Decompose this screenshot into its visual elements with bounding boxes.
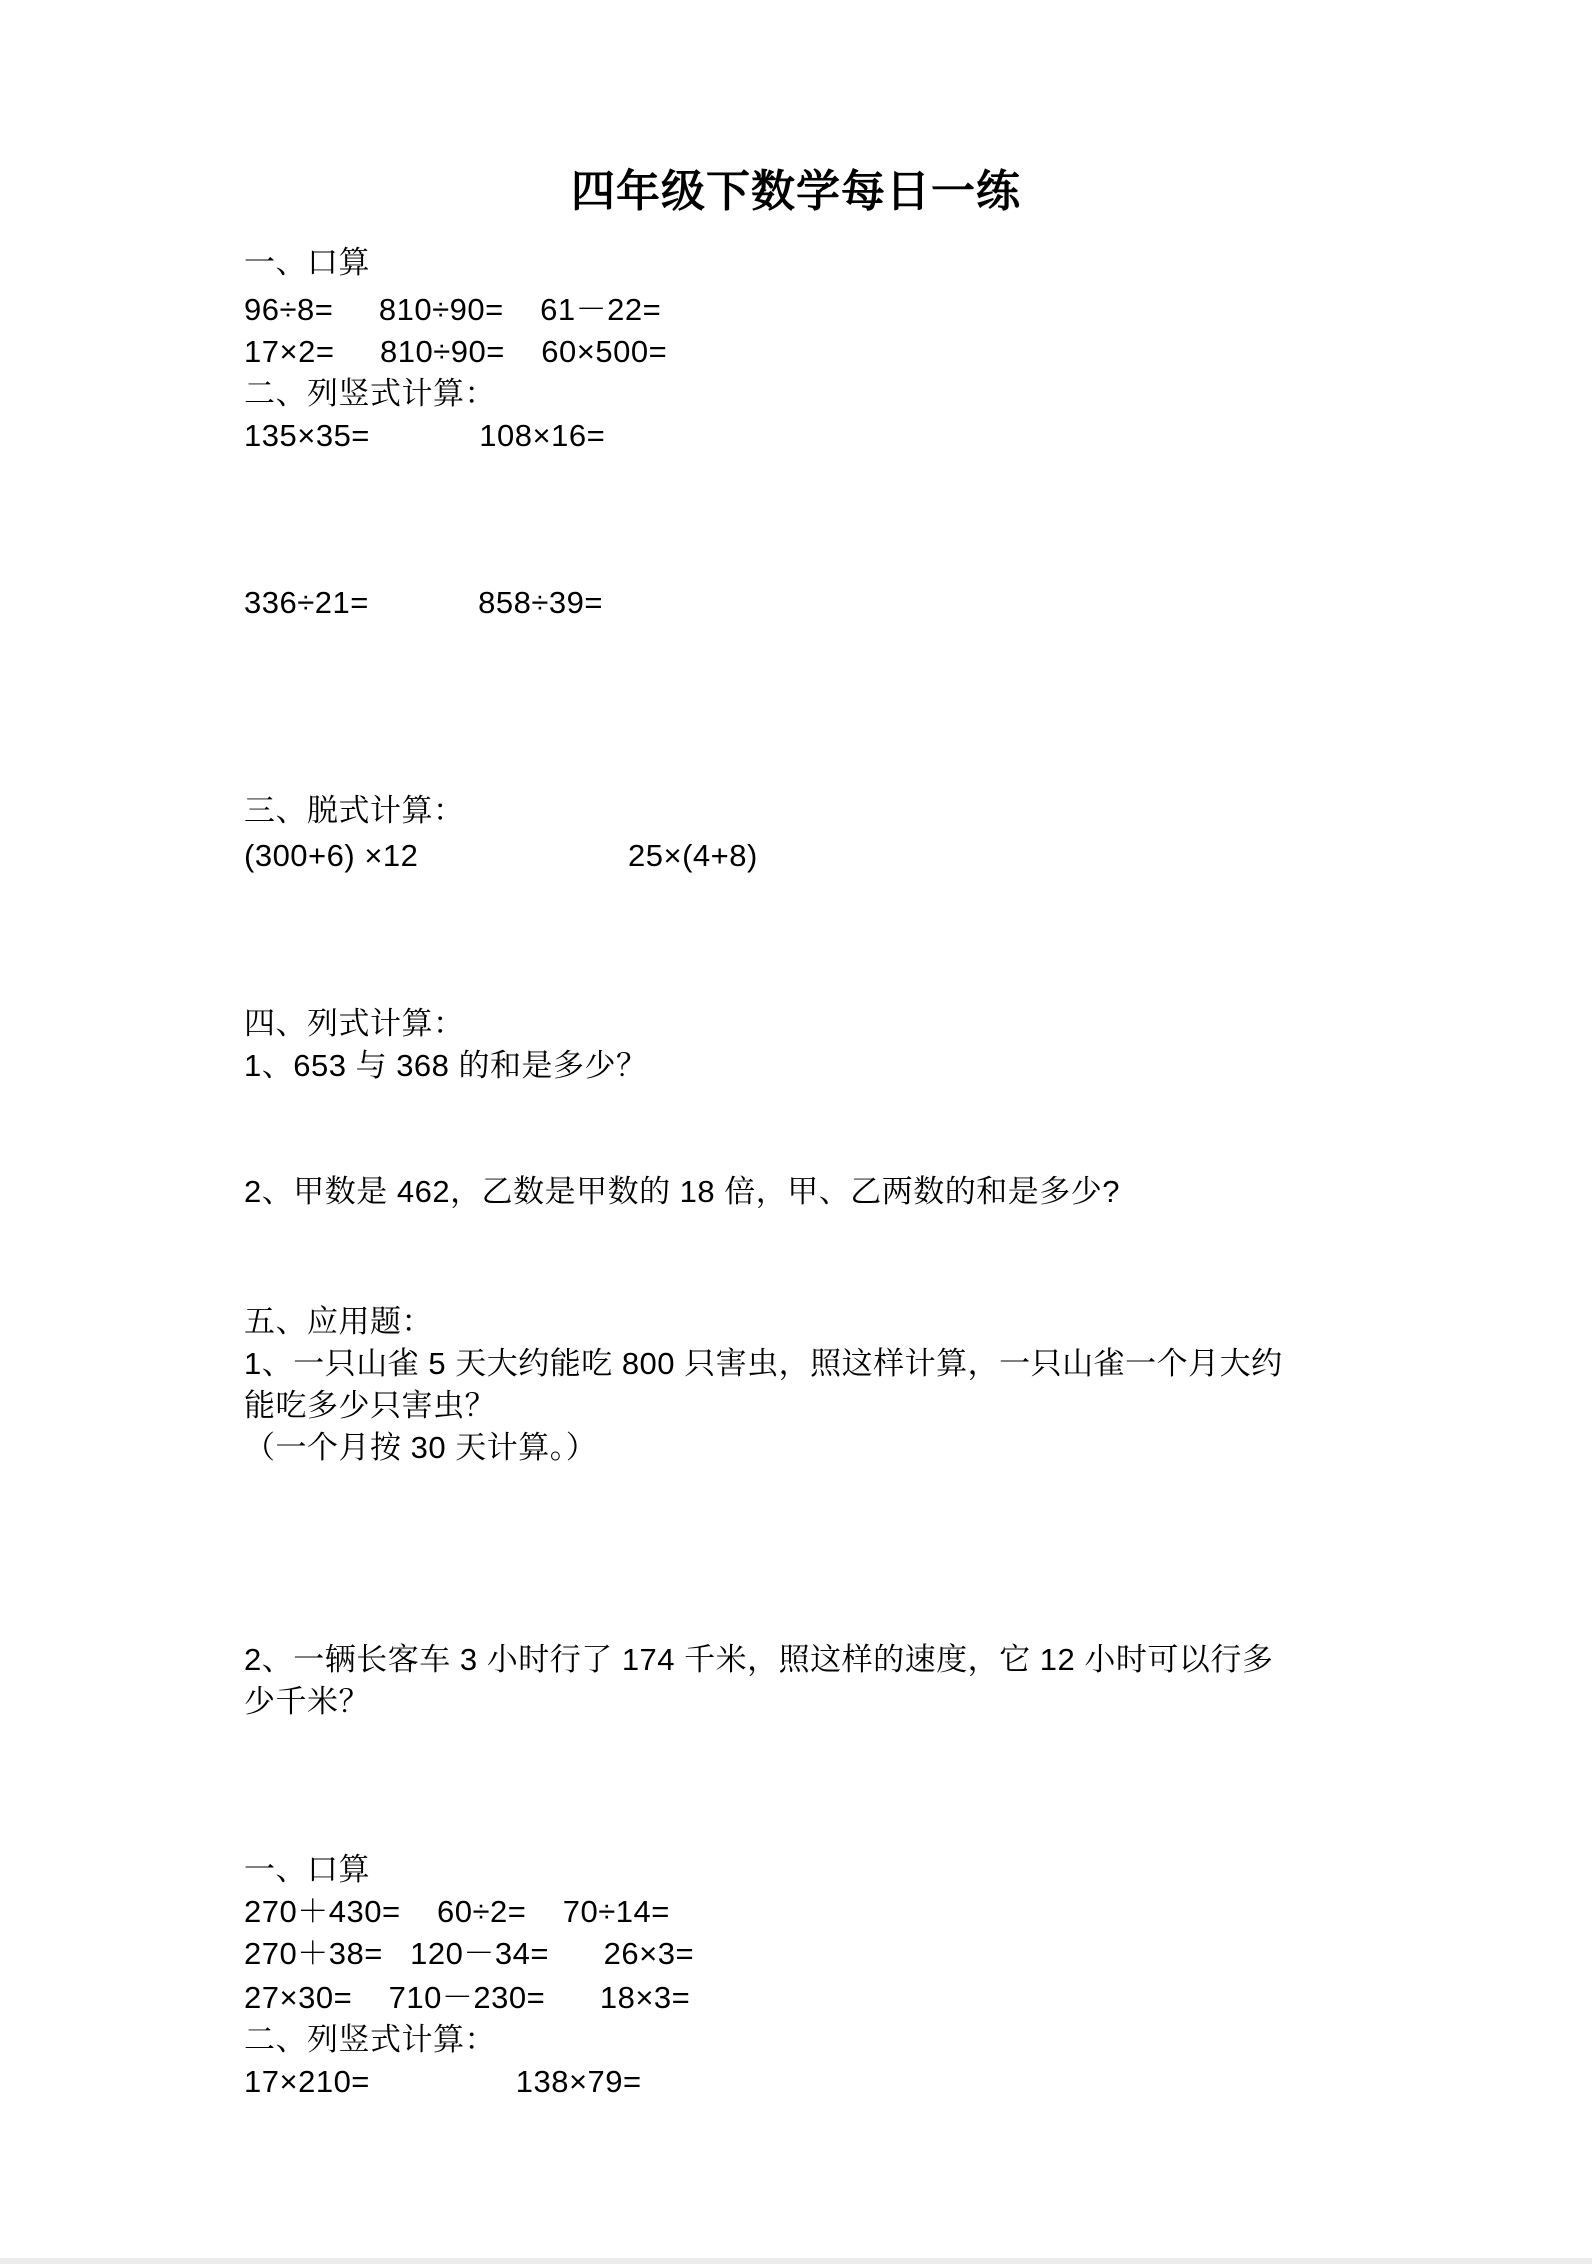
worksheet-line: 1、653 与 368 的和是多少？: [244, 1045, 1292, 1087]
worksheet-title: 四年级下数学每日一练: [0, 168, 1592, 216]
worksheet-line: 135×35= 108×16=: [244, 415, 1292, 457]
worksheet-line: 336÷21= 858÷39=: [244, 582, 1292, 624]
worksheet-line: 2、甲数是 462，乙数是甲数的 18 倍，甲、乙两数的和是多少?: [244, 1171, 1292, 1213]
worksheet-line: 2、一辆长客车 3 小时行了 174 千米，照这样的速度，它 12 小时可以行多…: [244, 1639, 1292, 1723]
worksheet-line: 五、应用题：: [244, 1301, 1292, 1343]
worksheet-line: 270＋430= 60÷2= 70÷14=: [244, 1891, 1292, 1933]
worksheet-line: 三、脱式计算：: [244, 790, 1292, 832]
worksheet-line: 四、列式计算：: [244, 1003, 1292, 1045]
worksheet-line: 二、列竖式计算：: [244, 373, 1292, 415]
page-bottom-edge: [0, 2258, 1592, 2264]
worksheet-line: 1、一只山雀 5 天大约能吃 800 只害虫，照这样计算，一只山雀一个月大约能吃…: [244, 1343, 1292, 1427]
worksheet-line: （一个月按 30 天计算。）: [244, 1427, 1292, 1469]
worksheet-line: 96÷8= 810÷90= 61－22=: [244, 289, 1292, 331]
worksheet-line: (300+6) ×12 25×(4+8): [244, 835, 1292, 877]
worksheet-line: 一、口算: [244, 1849, 1292, 1891]
worksheet-page: 四年级下数学每日一练 一、口算96÷8= 810÷90= 61－22=17×2=…: [0, 0, 1592, 2264]
worksheet-line: 一、口算: [244, 242, 1292, 284]
worksheet-body: 一、口算96÷8= 810÷90= 61－22=17×2= 810÷90= 60…: [0, 242, 1592, 2103]
worksheet-line: 二、列竖式计算：: [244, 2019, 1292, 2061]
worksheet-line: 17×2= 810÷90= 60×500=: [244, 331, 1292, 373]
worksheet-line: 17×210= 138×79=: [244, 2061, 1292, 2103]
worksheet-line: 270＋38= 120－34= 26×3=: [244, 1933, 1292, 1975]
worksheet-line: 27×30= 710－230= 18×3=: [244, 1977, 1292, 2019]
